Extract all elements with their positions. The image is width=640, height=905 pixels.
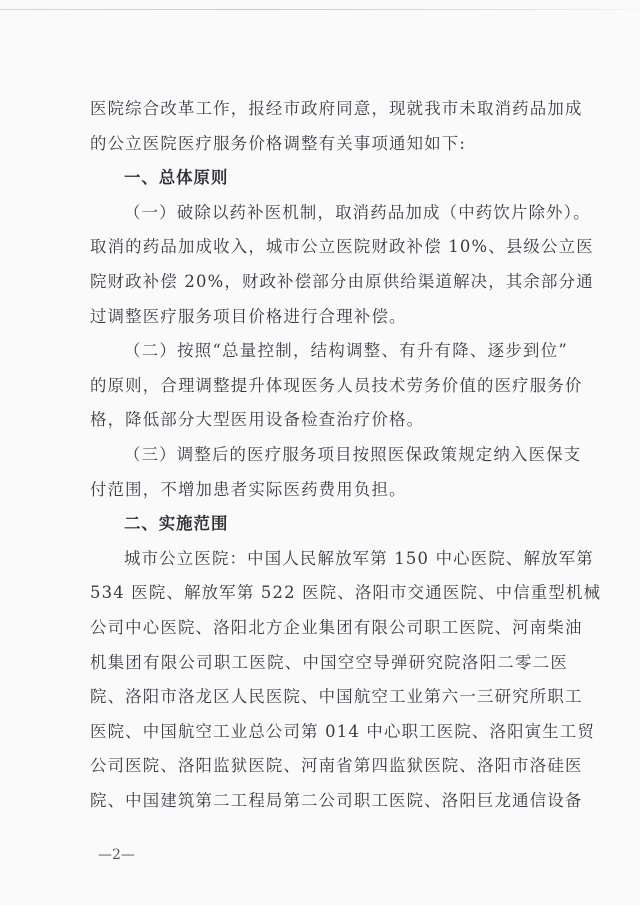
page-top-edge bbox=[0, 9, 640, 10]
line-15: 公司中心医院、洛阳北方企业集团有限公司职工医院、河南柴油 bbox=[90, 611, 568, 646]
line-6: 过调整医疗服务项目价格进行合理补偿。 bbox=[90, 300, 568, 335]
document-page: 医院综合改革工作，报经市政府同意，现就我市未取消药品加成 的公立医院医疗服务价格… bbox=[90, 92, 568, 818]
line-18: 医院、中国航空工业总公司第 014 中心职工医院、洛阳寅生工贸 bbox=[90, 715, 568, 750]
line-7: （二）按照“总量控制，结构调整、有升有降、逐步到位” bbox=[90, 334, 568, 369]
line-1: 的公立医院医疗服务价格调整有关事项通知如下: bbox=[90, 127, 568, 162]
line-5: 院财政补偿 20%，财政补偿部分由原供给渠道解决，其余部分通 bbox=[90, 265, 568, 300]
line-11: 付范围，不增加患者实际医药费用负担。 bbox=[90, 473, 568, 508]
line-20: 院、中国建筑第二工程局第二公司职工医院、洛阳巨龙通信设备 bbox=[90, 784, 568, 819]
line-19: 公司医院、洛阳监狱医院、河南省第四监狱医院、洛阳市洛硅医 bbox=[90, 749, 568, 784]
section-heading-scope: 二、实施范围 bbox=[90, 507, 568, 542]
line-16: 机集团有限公司职工医院、中国空空导弹研究院洛阳二零二医 bbox=[90, 646, 568, 681]
page-number: —2— bbox=[98, 847, 135, 863]
line-13: 城市公立医院：中国人民解放军第 150 中心医院、解放军第 bbox=[90, 542, 568, 577]
line-14: 534 医院、解放军第 522 医院、洛阳市交通医院、中信重型机械 bbox=[90, 576, 568, 611]
line-8: 的原则，合理调整提升体现医务人员技术劳务价值的医疗服务价 bbox=[90, 369, 568, 404]
line-10: （三）调整后的医疗服务项目按照医保政策规定纳入医保支 bbox=[90, 438, 568, 473]
line-4: 取消的药品加成收入，城市公立医院财政补偿 10%、县级公立医 bbox=[90, 230, 568, 265]
line-17: 院、洛阳市洛龙区人民医院、中国航空工业第六一三研究所职工 bbox=[90, 680, 568, 715]
section-heading-overall-principles: 一、总体原则 bbox=[90, 161, 568, 196]
line-3: （一）破除以药补医机制，取消药品加成（中药饮片除外）。 bbox=[90, 196, 568, 231]
line-0: 医院综合改革工作，报经市政府同意，现就我市未取消药品加成 bbox=[90, 92, 568, 127]
line-9: 格，降低部分大型医用设备检查治疗价格。 bbox=[90, 403, 568, 438]
